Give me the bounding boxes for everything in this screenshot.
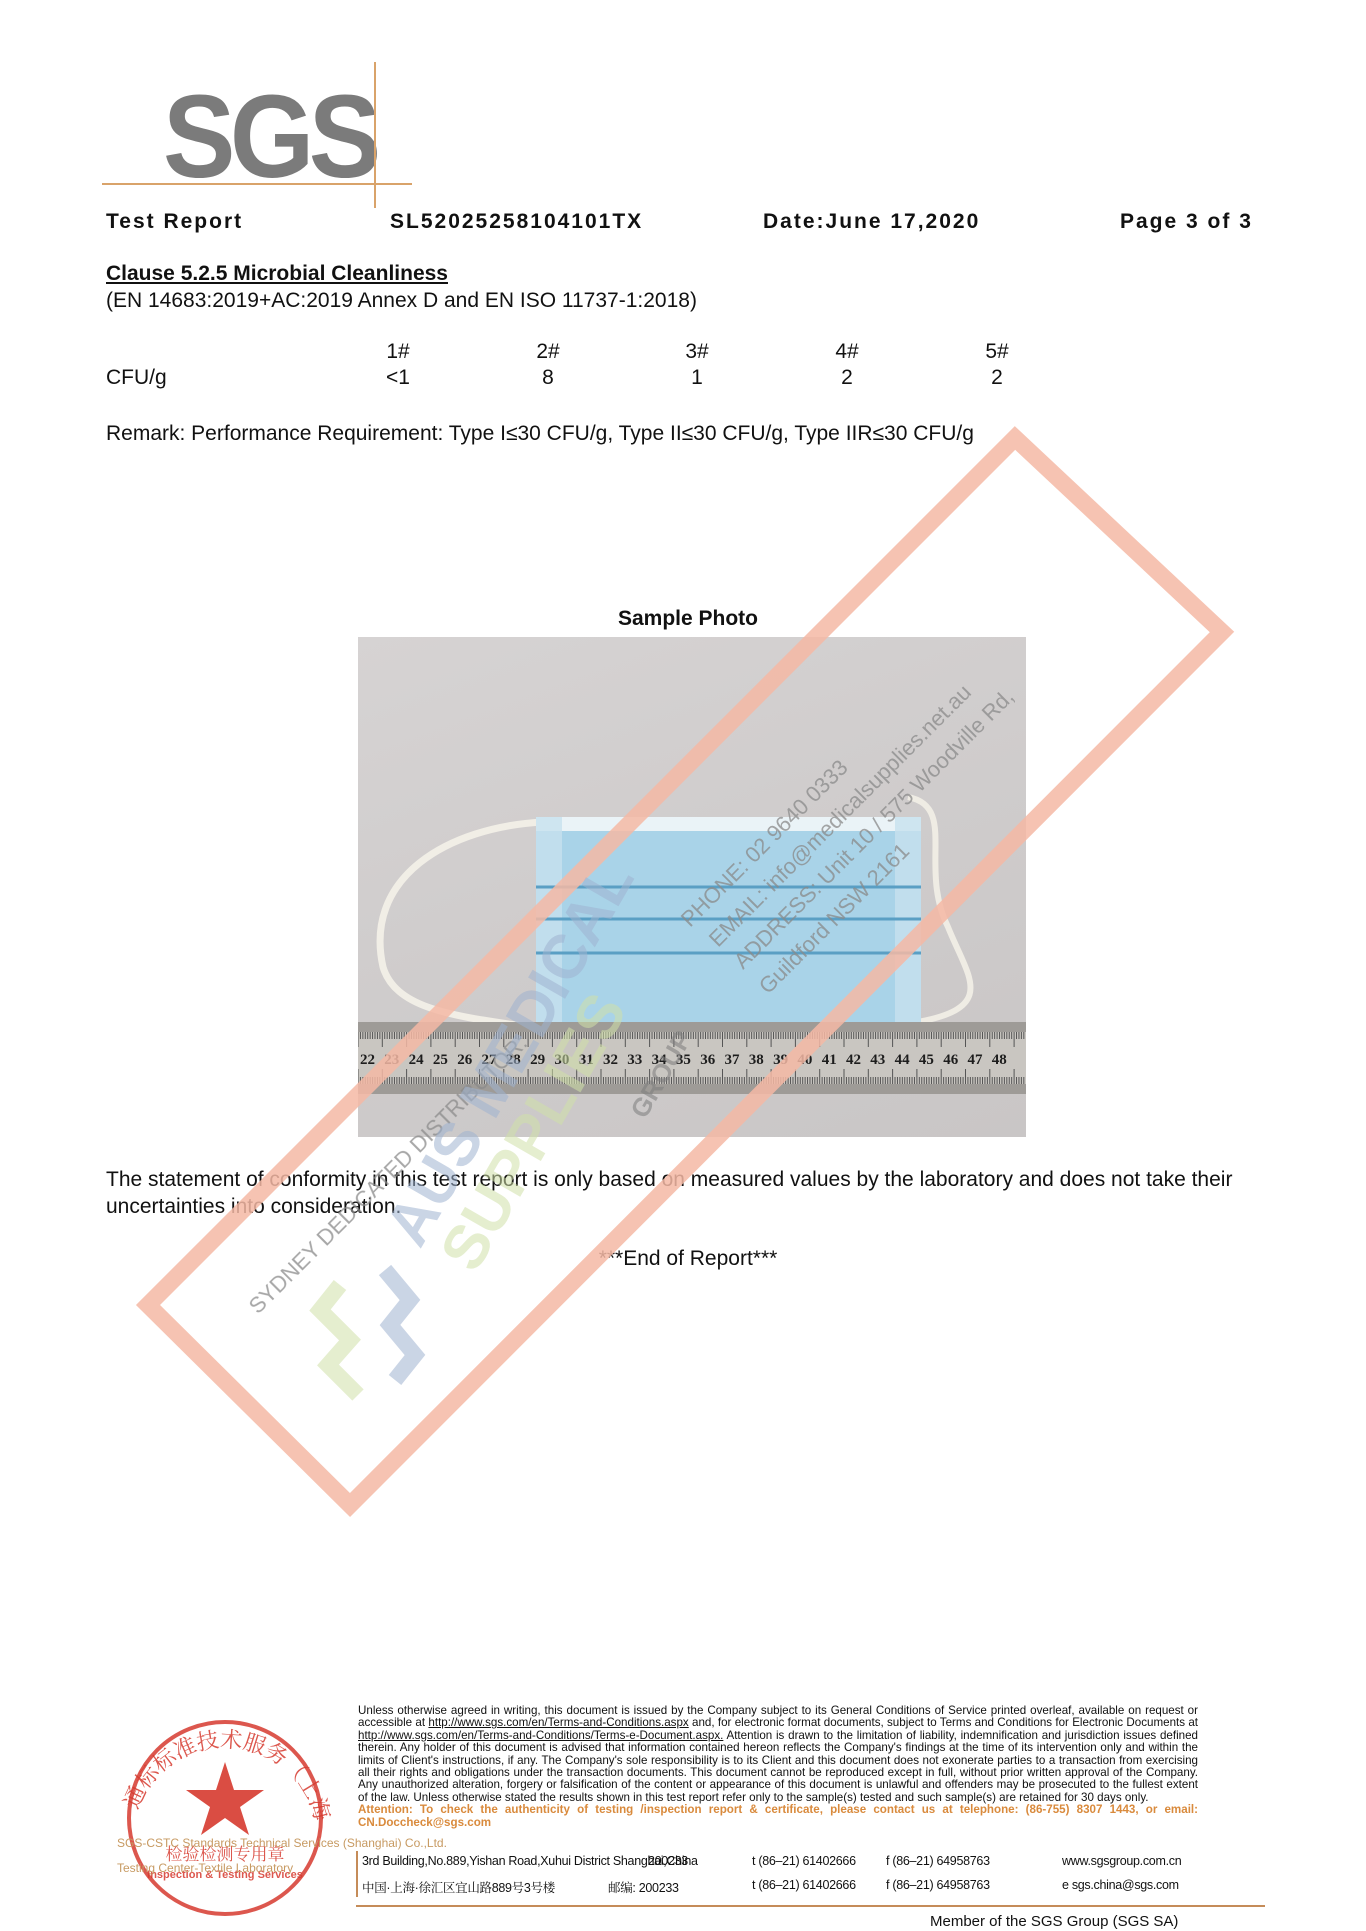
svg-text:43: 43 (870, 1052, 885, 1068)
sample-value: <1 (358, 366, 438, 390)
svg-text:48: 48 (992, 1052, 1007, 1068)
performance-remark: Remark: Performance Requirement: Type I≤… (106, 422, 974, 446)
svg-text:41: 41 (822, 1052, 837, 1068)
svg-text:37: 37 (725, 1052, 741, 1068)
svg-text:36: 36 (700, 1052, 716, 1068)
clause-title: Clause 5.2.5 Microbial Cleanliness (106, 262, 448, 286)
photo-caption: Sample Photo (0, 607, 1366, 631)
svg-text:30: 30 (554, 1052, 569, 1068)
address-divider (356, 1851, 358, 1897)
website[interactable]: www.sgsgroup.com.cn (1062, 1854, 1181, 1868)
watermark-logo-icon (320, 1270, 415, 1395)
inspection-stamp: 通标标准技术服务（上海）有限公司 检验检测专用章 Inspection & Te… (110, 1700, 340, 1931)
sample-value: 1 (657, 366, 737, 390)
conformity-statement: The statement of conformity in this test… (106, 1166, 1286, 1220)
clause-standard: (EN 14683:2019+AC:2019 Annex D and EN IS… (106, 289, 697, 313)
report-number: SL52025258104101TX (390, 210, 643, 234)
svg-text:27: 27 (482, 1052, 498, 1068)
svg-text:46: 46 (943, 1052, 959, 1068)
svg-text:28: 28 (506, 1052, 521, 1068)
page-indicator: Page 3 of 3 (1120, 210, 1253, 234)
sample-value: 8 (508, 366, 588, 390)
lab-name: SGS-CSTC Standards Technical Services (S… (117, 1836, 447, 1850)
svg-text:39: 39 (773, 1052, 788, 1068)
svg-text:24: 24 (409, 1052, 425, 1068)
svg-text:29: 29 (530, 1052, 545, 1068)
sgs-logo: SGS (163, 78, 376, 196)
postcode-chinese: 邮编: 200233 (608, 1878, 679, 1896)
logo-rule-vertical (374, 62, 376, 208)
svg-text:47: 47 (968, 1052, 984, 1068)
fax-1: f (86–21) 64958763 (886, 1854, 990, 1868)
sgs-membership: Member of the SGS Group (SGS SA) (930, 1913, 1178, 1930)
postcode-english: 200233 (648, 1854, 688, 1868)
legal-disclaimer: Unless otherwise agreed in writing, this… (358, 1705, 1198, 1829)
logo-rule-horizontal (102, 183, 412, 185)
row-label: CFU/g (106, 366, 167, 390)
sample-header: 4# (807, 340, 887, 364)
svg-text:26: 26 (457, 1052, 473, 1068)
authenticity-notice: Attention: To check the authenticity of … (358, 1804, 1198, 1829)
email[interactable]: e sgs.china@sgs.com (1062, 1878, 1179, 1892)
sample-header: 5# (957, 340, 1037, 364)
svg-text:31: 31 (579, 1052, 594, 1068)
phone-1: t (86–21) 61402666 (752, 1854, 856, 1868)
phone-2: t (86–21) 61402666 (752, 1878, 856, 1892)
svg-text:44: 44 (895, 1052, 911, 1068)
end-of-report: ***End of Report*** (0, 1247, 1366, 1271)
address-chinese: 中国·上海·徐汇区宜山路889号3号楼 (362, 1878, 555, 1896)
e-document-terms-link[interactable]: http://www.sgs.com/en/Terms-and-Conditio… (358, 1729, 723, 1742)
svg-text:42: 42 (846, 1052, 861, 1068)
svg-text:33: 33 (627, 1052, 642, 1068)
svg-text:25: 25 (433, 1052, 448, 1068)
lab-center: Testing Center-Textile Laboratory (117, 1861, 293, 1875)
sample-header: 3# (657, 340, 737, 364)
svg-text:40: 40 (797, 1052, 812, 1068)
svg-text:38: 38 (749, 1052, 764, 1068)
sample-photo: 2223242526272829303132333435363738394041… (358, 637, 1026, 1137)
report-type: Test Report (106, 210, 243, 234)
footer-rule (356, 1905, 1265, 1907)
report-date: Date:June 17,2020 (763, 210, 980, 234)
sample-value: 2 (807, 366, 887, 390)
svg-text:23: 23 (384, 1052, 399, 1068)
svg-text:45: 45 (919, 1052, 934, 1068)
sample-header: 2# (508, 340, 588, 364)
sample-header: 1# (358, 340, 438, 364)
svg-text:22: 22 (360, 1052, 375, 1068)
svg-text:35: 35 (676, 1052, 691, 1068)
terms-link[interactable]: http://www.sgs.com/en/Terms-and-Conditio… (428, 1716, 688, 1729)
svg-text:32: 32 (603, 1052, 618, 1068)
svg-text:34: 34 (652, 1052, 668, 1068)
fax-2: f (86–21) 64958763 (886, 1878, 990, 1892)
mask-illustration: 2223242526272829303132333435363738394041… (358, 637, 1026, 1137)
sample-value: 2 (957, 366, 1037, 390)
